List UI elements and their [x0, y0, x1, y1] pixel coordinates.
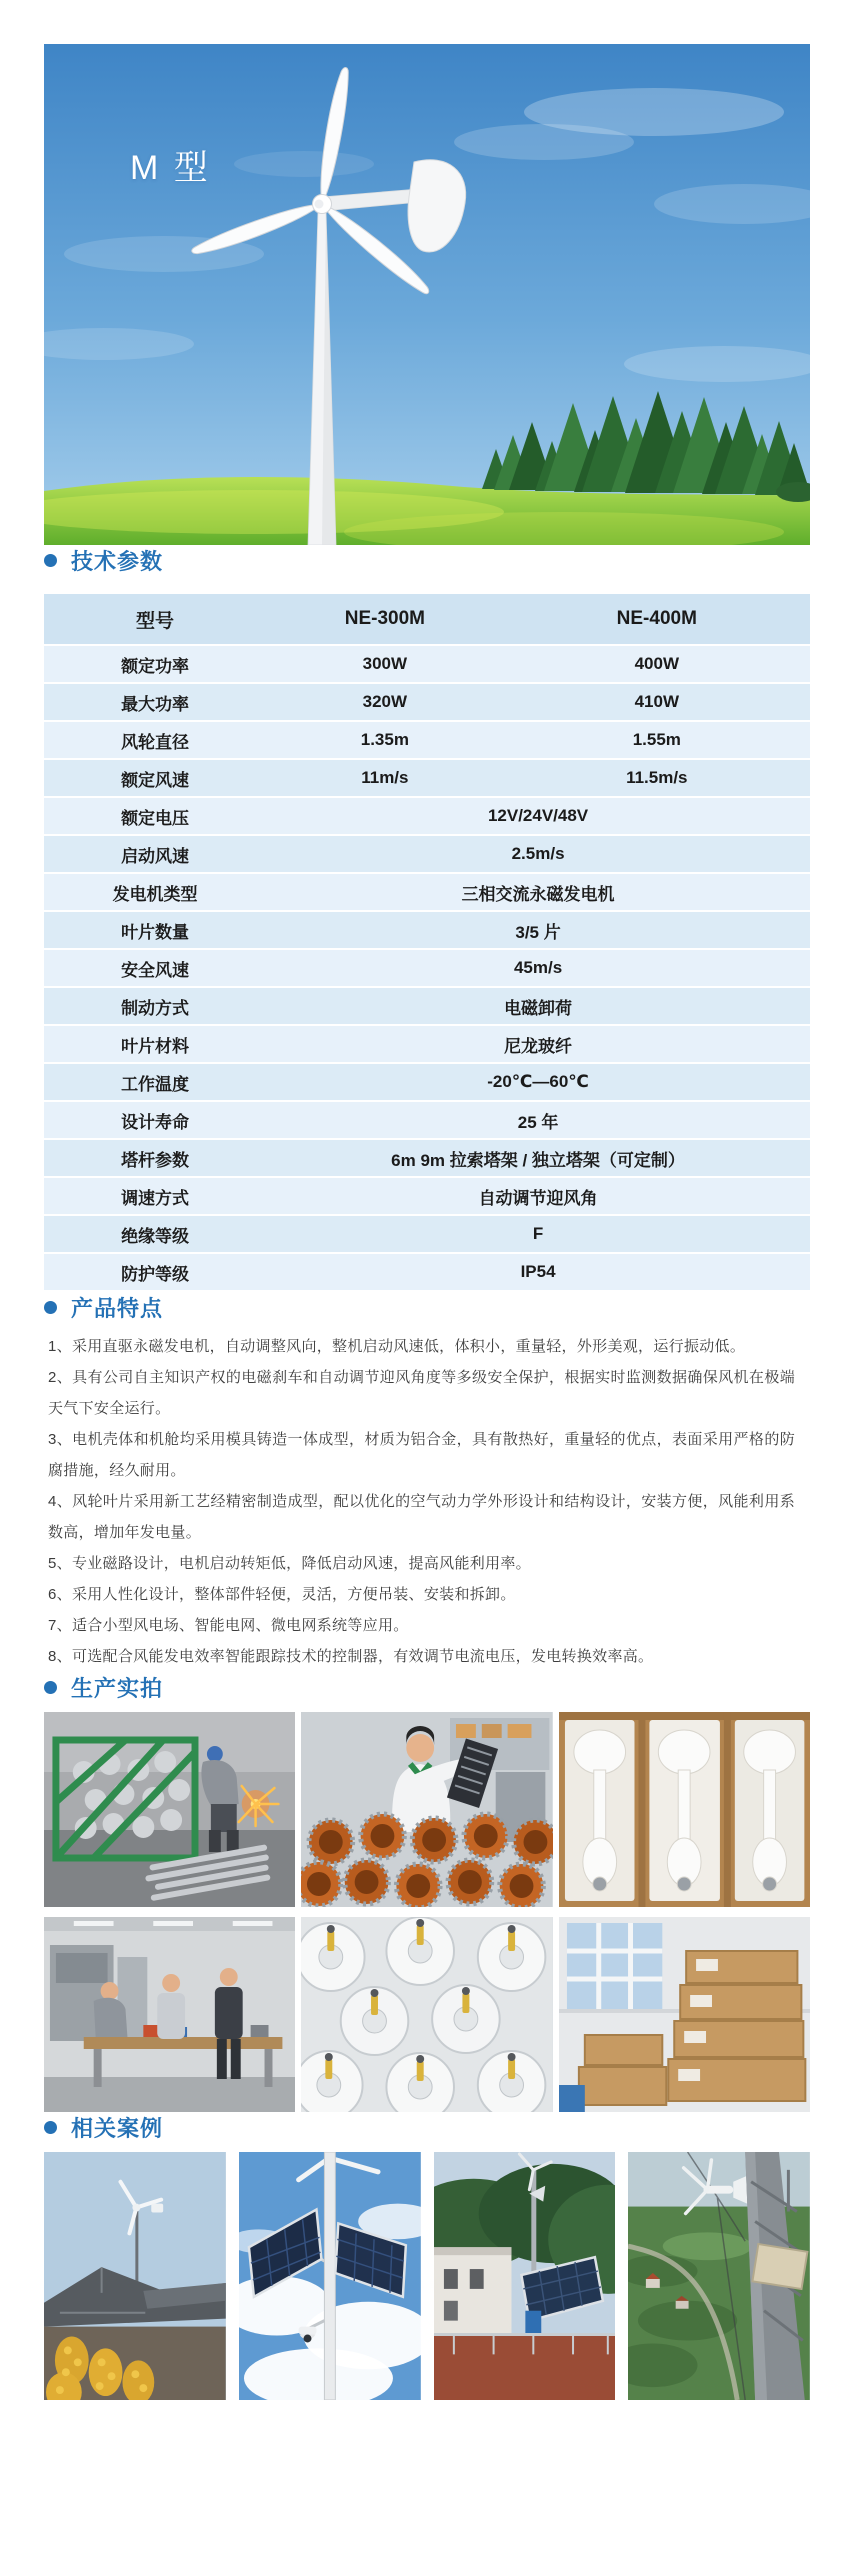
spec-header-model-1: NE-300M [266, 594, 503, 644]
photo-building-solar [434, 2152, 616, 2400]
section-header-cases: 相关案例 [44, 2112, 810, 2142]
spec-label: 风轮直径 [44, 722, 266, 758]
spec-header-row: 型号 NE-300M NE-400M [44, 594, 810, 644]
section-header-specs: 技术参数 [44, 545, 810, 575]
page-content: M 型 技术参数 型号 NE-300M NE-400M 额定功率300W400W… [44, 44, 810, 2400]
spec-row: 制动方式电磁卸荷 [44, 988, 810, 1024]
spec-value: 三相交流永磁发电机 [266, 874, 810, 910]
production-photo-4 [44, 1917, 295, 2112]
feature-item: 2、具有公司自主知识产权的电磁刹车和自动调节迎风角度等多级安全保护，根据实时监测… [48, 1362, 795, 1424]
spec-row: 额定电压12V/24V/48V [44, 798, 810, 834]
spec-value: 3/5 片 [266, 912, 810, 948]
model-badge: M 型 [130, 140, 211, 189]
photo-generator-units [301, 1917, 552, 2112]
spec-label: 额定风速 [44, 760, 266, 796]
production-photo-grid [44, 1712, 810, 2112]
spec-table: 型号 NE-300M NE-400M 额定功率300W400W最大功率320W4… [44, 592, 810, 1292]
spec-row: 启动风速2.5m/s [44, 836, 810, 872]
spec-row: 发电机类型三相交流永磁发电机 [44, 874, 810, 910]
photo-rooftop-turbine [44, 2152, 226, 2400]
spec-value: 6m 9m 拉索塔架 / 独立塔架（可定制） [266, 1140, 810, 1176]
spec-label: 调速方式 [44, 1178, 266, 1214]
case-photo-grid [44, 2152, 810, 2400]
photo-foam-packaging [559, 1712, 810, 1907]
spec-value: 45m/s [266, 950, 810, 986]
feature-item: 3、电机壳体和机舱均采用模具铸造一体成型，材质为铝合金，具有散热好，重量轻的优点… [48, 1424, 795, 1486]
spec-row: 调速方式自动调节迎风角 [44, 1178, 810, 1214]
photo-boxed-warehouse [559, 1917, 810, 2112]
section-title: 产品特点 [71, 1292, 163, 1323]
spec-value: -20℃—60℃ [266, 1064, 810, 1100]
spec-row: 防护等级IP54 [44, 1254, 810, 1290]
section-header-features: 产品特点 [44, 1292, 810, 1322]
production-photo-3 [559, 1712, 810, 1907]
feature-item: 1、采用直驱永磁发电机，自动调整风向，整机启动风速低，体积小，重量轻，外形美观，… [48, 1331, 795, 1362]
spec-label: 绝缘等级 [44, 1216, 266, 1252]
spec-value: IP54 [266, 1254, 810, 1290]
spec-value: 410W [504, 684, 810, 720]
spec-header-label: 型号 [44, 594, 266, 644]
section-title: 技术参数 [71, 545, 163, 576]
spec-row: 最大功率320W410W [44, 684, 810, 720]
section-title: 生产实拍 [71, 1672, 163, 1703]
spec-value: 12V/24V/48V [266, 798, 810, 834]
feature-item: 7、适合小型风电场、智能电网、微电网系统等应用。 [48, 1610, 795, 1641]
photo-assembly-line [44, 1917, 295, 2112]
spec-value: 1.55m [504, 722, 810, 758]
spec-value: 300W [266, 646, 503, 682]
spec-value: 400W [504, 646, 810, 682]
feature-item: 4、风轮叶片采用新工艺经精密制造成型，配以优化的空气动力学外形设计和结构设计，安… [48, 1486, 795, 1548]
spec-value: 2.5m/s [266, 836, 810, 872]
spec-row: 叶片材料尼龙玻纤 [44, 1026, 810, 1062]
spec-label: 叶片材料 [44, 1026, 266, 1062]
spec-value: 电磁卸荷 [266, 988, 810, 1024]
spec-value: F [266, 1216, 810, 1252]
spec-label: 塔杆参数 [44, 1140, 266, 1176]
spec-value: 25 年 [266, 1102, 810, 1138]
case-photo-4 [628, 2152, 810, 2400]
bullet-icon [44, 2121, 57, 2134]
product-detail-page: { "page": { "width": 856, "height": 2560… [0, 0, 856, 2560]
spec-value: 320W [266, 684, 503, 720]
spec-label: 叶片数量 [44, 912, 266, 948]
production-photo-6 [559, 1917, 810, 2112]
bullet-icon [44, 1681, 57, 1694]
spec-label: 最大功率 [44, 684, 266, 720]
spec-value: 11m/s [266, 760, 503, 796]
spec-label: 制动方式 [44, 988, 266, 1024]
spec-label: 发电机类型 [44, 874, 266, 910]
spec-row: 设计寿命25 年 [44, 1102, 810, 1138]
production-photo-1 [44, 1712, 295, 1907]
bullet-icon [44, 554, 57, 567]
spec-header-model-2: NE-400M [504, 594, 810, 644]
photo-wind-solar-pole [239, 2152, 421, 2400]
feature-item: 5、专业磁路设计，电机启动转矩低，降低启动风速，提高风能利用率。 [48, 1548, 795, 1579]
production-photo-5 [301, 1917, 552, 2112]
photo-tower-top [628, 2152, 810, 2400]
section-header-production: 生产实拍 [44, 1672, 810, 1702]
production-photo-2 [301, 1712, 552, 1907]
feature-item: 8、可选配合风能发电效率智能跟踪技术的控制器，有效调节电流电压，发电转换效率高。 [48, 1641, 795, 1672]
spec-value: 1.35m [266, 722, 503, 758]
spec-row: 额定功率300W400W [44, 646, 810, 682]
photo-stator-winding [301, 1712, 552, 1907]
case-photo-1 [44, 2152, 226, 2400]
spec-label: 额定功率 [44, 646, 266, 682]
hero-image [44, 44, 810, 545]
spec-row: 风轮直径1.35m1.55m [44, 722, 810, 758]
spec-row: 工作温度-20℃—60℃ [44, 1064, 810, 1100]
spec-row: 叶片数量3/5 片 [44, 912, 810, 948]
section-title: 相关案例 [71, 2112, 163, 2143]
spec-value: 11.5m/s [504, 760, 810, 796]
spec-label: 工作温度 [44, 1064, 266, 1100]
spec-table-body: 额定功率300W400W最大功率320W410W风轮直径1.35m1.55m额定… [44, 646, 810, 1290]
spec-label: 额定电压 [44, 798, 266, 834]
spec-value: 尼龙玻纤 [266, 1026, 810, 1062]
case-photo-2 [239, 2152, 421, 2400]
spec-row: 安全风速45m/s [44, 950, 810, 986]
hero-banner: M 型 [44, 44, 810, 545]
spec-value: 自动调节迎风角 [266, 1178, 810, 1214]
spec-row: 额定风速11m/s11.5m/s [44, 760, 810, 796]
spec-row: 绝缘等级F [44, 1216, 810, 1252]
bullet-icon [44, 1301, 57, 1314]
spec-label: 启动风速 [44, 836, 266, 872]
spec-label: 防护等级 [44, 1254, 266, 1290]
feature-item: 6、采用人性化设计，整体部件轻便，灵活，方便吊装、安装和拆卸。 [48, 1579, 795, 1610]
feature-list: 1、采用直驱永磁发电机，自动调整风向，整机启动风速低，体积小，重量轻，外形美观，… [44, 1331, 795, 1672]
spec-row: 塔杆参数6m 9m 拉索塔架 / 独立塔架（可定制） [44, 1140, 810, 1176]
spec-label: 安全风速 [44, 950, 266, 986]
photo-frame-cutting [44, 1712, 295, 1907]
case-photo-3 [434, 2152, 616, 2400]
spec-label: 设计寿命 [44, 1102, 266, 1138]
